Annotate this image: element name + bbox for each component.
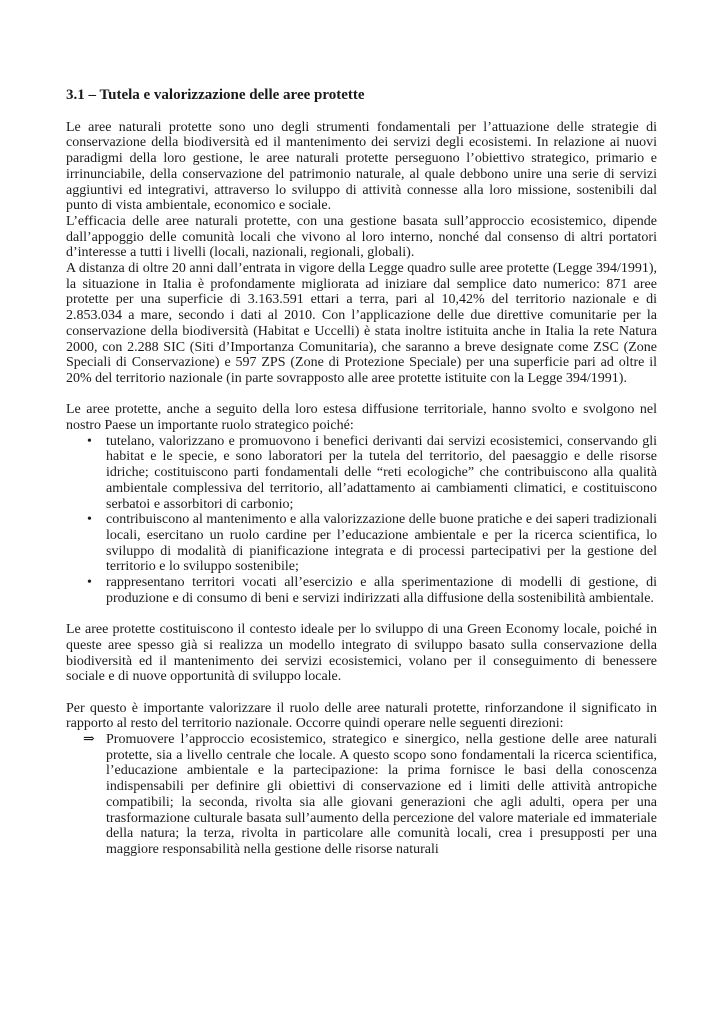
- direction-item-1: ⇒ Promuovere l’approccio ecosistemico, s…: [66, 732, 657, 858]
- directions-list: ⇒ Promuovere l’approccio ecosistemico, s…: [66, 732, 657, 858]
- document-page: 3.1 – Tutela e valorizzazione delle aree…: [0, 0, 724, 1024]
- bullet-icon: •: [87, 512, 92, 528]
- direction-item-1-text: Promuovere l’approccio ecosistemico, str…: [106, 732, 657, 857]
- bullet-item-2: • contribuiscono al mantenimento e alla …: [66, 512, 657, 575]
- bullet-item-3-text: rappresentano territori vocati all’eserc…: [106, 575, 657, 606]
- paragraph-directions-intro: Per questo è importante valorizzare il r…: [66, 701, 657, 732]
- bullet-icon: •: [87, 575, 92, 591]
- paragraph-green-economy: Le aree protette costituiscono il contes…: [66, 622, 657, 685]
- bullet-item-1-text: tutelano, valorizzano e promuovono i ben…: [106, 434, 657, 512]
- paragraph-role-intro: Le aree protette, anche a seguito della …: [66, 402, 657, 433]
- paragraph-intro-1: Le aree naturali protette sono uno degli…: [66, 120, 657, 214]
- bullet-icon: •: [87, 434, 92, 450]
- bullet-item-3: • rappresentano territori vocati all’ese…: [66, 575, 657, 606]
- paragraph-intro-2: L’efficacia delle aree naturali protette…: [66, 214, 657, 261]
- bullet-item-2-text: contribuiscono al mantenimento e alla va…: [106, 512, 657, 574]
- role-bullet-list: • tutelano, valorizzano e promuovono i b…: [66, 434, 657, 607]
- bullet-item-1: • tutelano, valorizzano e promuovono i b…: [66, 434, 657, 513]
- section-heading: 3.1 – Tutela e valorizzazione delle aree…: [66, 87, 657, 104]
- paragraph-intro-3: A distanza di oltre 20 anni dall’entrata…: [66, 261, 657, 387]
- double-arrow-icon: ⇒: [83, 732, 95, 748]
